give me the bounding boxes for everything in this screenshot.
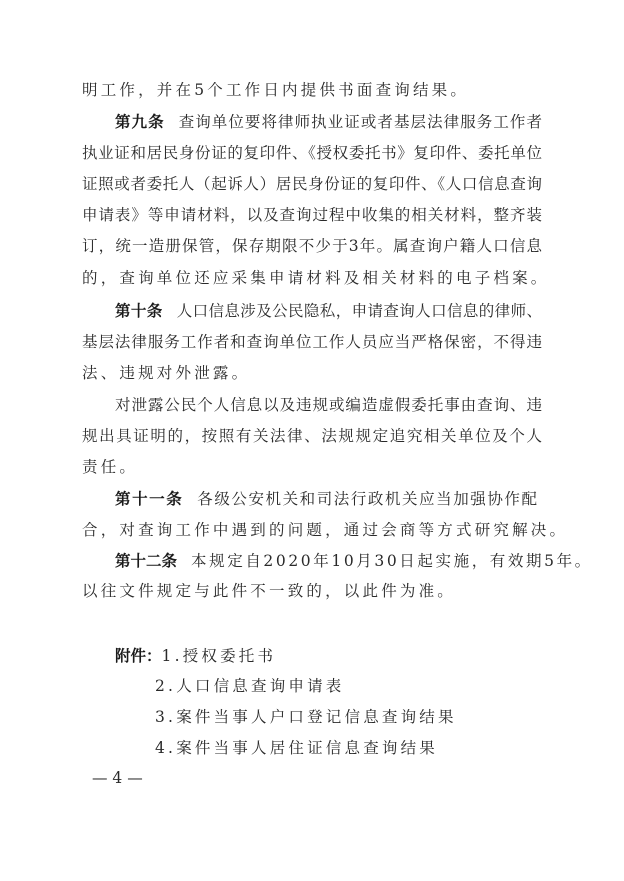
article-10-first-line: 第十条人口信息涉及公民隐私，申请查询人口信息的律师、 <box>115 299 542 323</box>
attachment-item: 1.授权委托书 <box>162 647 277 665</box>
article-heading-10: 第十条 <box>115 302 163 320</box>
text-line: 执业证和居民身份证的复印件、《授权委托书》复印件、委托单位 <box>82 141 542 165</box>
text-segment: 人口信息涉及公民隐私，申请查询人口信息的律师、 <box>177 302 542 320</box>
attachment-item: 2.人口信息查询申请表 <box>155 674 345 698</box>
article-12-first-line: 第十二条本规定自2020年10月30日起实施，有效期5年。 <box>115 549 542 573</box>
text-line: 规出具证明的，按照有关法律、法规规定追究相关单位及个人 <box>82 424 542 448</box>
text-line: 订，统一造册保管，保存期限不少于3年。属查询户籍人口信息 <box>82 234 542 258</box>
text-segment: 查询单位要将律师执业证或者基层法律服务工作者 <box>179 113 542 131</box>
text-line: 法、违规对外泄露。 <box>82 361 542 385</box>
page-number: — 4 — <box>92 766 143 790</box>
text-line: 的，查询单位还应采集申请材料及相关材料的电子档案。 <box>82 266 542 290</box>
attachment-row-1: 附件：1.授权委托书 <box>115 644 276 668</box>
text-line: 基层法律服务工作者和查询单位工作人员应当严格保密，不得违 <box>82 330 542 354</box>
text-segment: 各级公安机关和司法行政机关应当加强协作配 <box>197 490 537 508</box>
article-heading-12: 第十二条 <box>115 552 177 570</box>
text-line: 对泄露公民个人信息以及违规或编造虚假委托事由查询、违 <box>115 393 542 417</box>
article-9-first-line: 第九条查询单位要将律师执业证或者基层法律服务工作者 <box>115 110 542 134</box>
article-11-first-line: 第十一条各级公安机关和司法行政机关应当加强协作配 <box>115 487 537 511</box>
article-heading-9: 第九条 <box>115 113 165 131</box>
article-heading-11: 第十一条 <box>115 490 183 508</box>
attachment-item: 4.案件当事人居住证信息查询结果 <box>155 736 438 760</box>
text-line: 合，对查询工作中遇到的问题，通过会商等方式研究解决。 <box>82 518 542 542</box>
text-segment: 本规定自2020年10月30日起实施，有效期5年。 <box>191 552 593 570</box>
attachment-item: 3.案件当事人户口登记信息查询结果 <box>155 705 457 729</box>
text-line: 证照或者委托人（起诉人）居民身份证的复印件、《人口信息查询 <box>82 172 542 196</box>
text-line: 明工作，并在5个工作日内提供书面查询结果。 <box>82 78 542 102</box>
text-line: 申请表》等申请材料，以及查询过程中收集的相关材料，整齐装 <box>82 203 542 227</box>
text-line: 以往文件规定与此件不一致的，以此件为准。 <box>82 579 542 603</box>
attachments-label: 附件： <box>115 647 162 665</box>
document-page: 明工作，并在5个工作日内提供书面查询结果。 第九条查询单位要将律师执业证或者基层… <box>0 0 624 881</box>
text-line: 责任。 <box>82 455 542 479</box>
